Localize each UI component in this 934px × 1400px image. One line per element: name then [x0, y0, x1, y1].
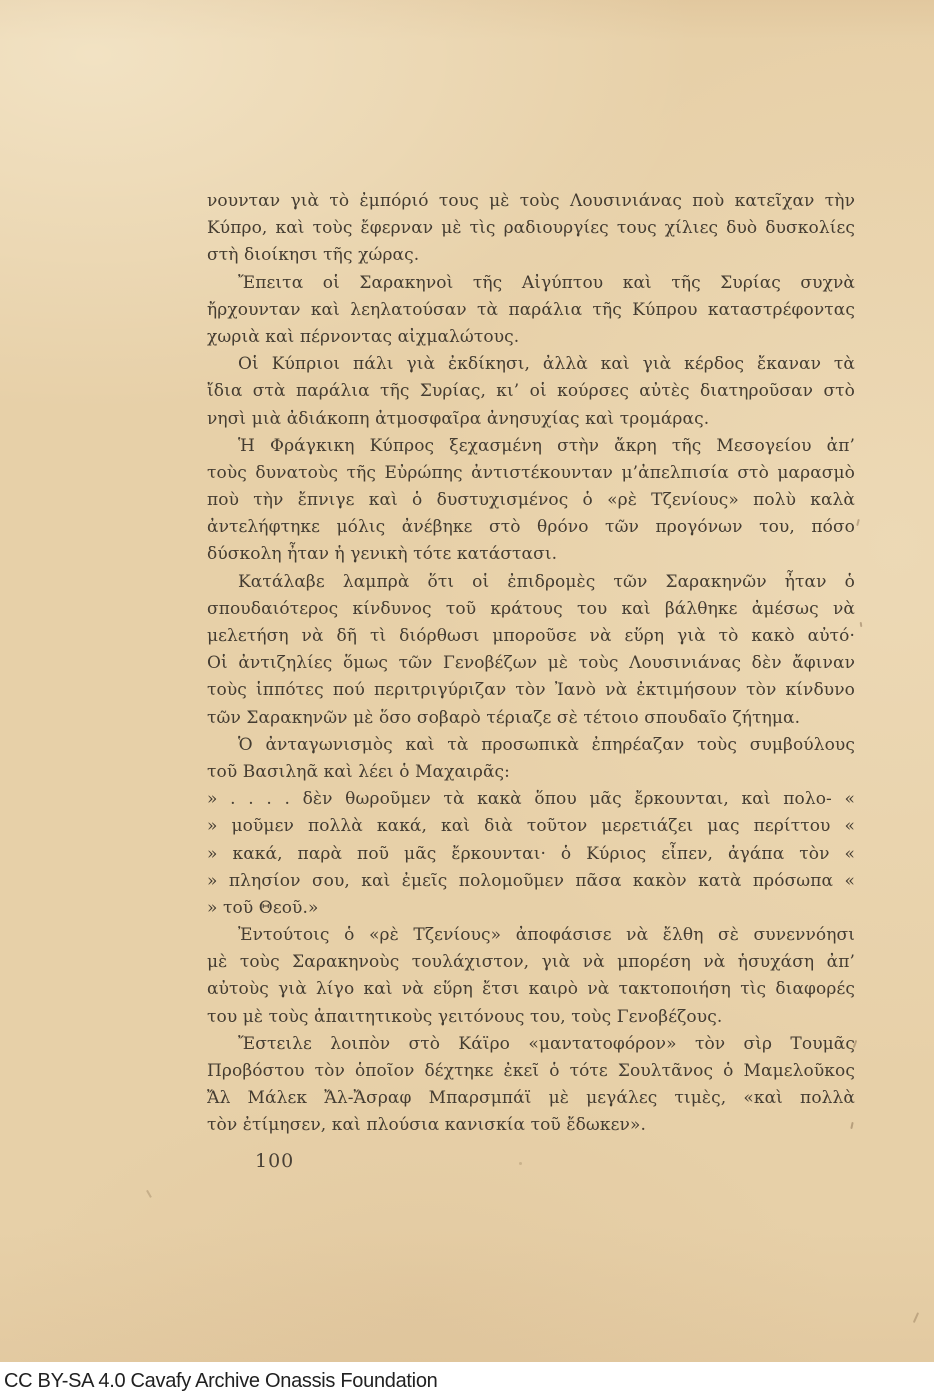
text-line: χωριὰ καὶ πέρνοντας αἰχμαλώτους. — [207, 324, 855, 351]
text-line: δύσκολη ἦταν ἡ γενικὴ τότε κατάστασι. — [207, 541, 855, 568]
text-line: Ἔστειλε λοιπὸν στὸ Κάϊρο «μαντατοφόρον» … — [207, 1031, 855, 1058]
license-bar: CC BY-SA 4.0 Cavafy Archive Onassis Foun… — [0, 1362, 934, 1400]
text-line: Προβόστου τὸν ὁποῖον δέχτηκε ἐκεῖ ὁ τότε… — [207, 1058, 855, 1085]
text-line: Οἱ ἀντιζηλίες ὅμως τῶν Γενοβέζων μὲ τοὺς… — [207, 650, 855, 677]
text-line: ἀντελήφτηκε μόλις ἀνέβηκε στὸ θρόνο τῶν … — [207, 514, 855, 541]
text-line: αὐτοὺς γιὰ λίγο καὶ νὰ εὕρη ἔτσι καιρὸ ν… — [207, 976, 855, 1003]
scan-speck — [519, 1162, 522, 1165]
text-line: σπουδαιότερος κίνδυνος τοῦ κράτους του κ… — [207, 596, 855, 623]
text-line: τὸν ἐτίμησεν, καὶ πλούσια κανισκία τοῦ ἔ… — [207, 1112, 855, 1139]
text-line: ἤρχουνταν καὶ λεηλατούσαν τὰ παράλια τῆς… — [207, 297, 855, 324]
scan-speck — [913, 1312, 919, 1323]
text-line: του μὲ τοὺς ἀπαιτητικοὺς γειτόνους του, … — [207, 1004, 855, 1031]
text-line: τοῦ Βασιληᾶ καὶ λέει ὁ Μαχαιρᾶς: — [207, 759, 855, 786]
text-line: τοὺς δυνατοὺς τῆς Εὐρώπης ἀντιστέκουνταν… — [207, 460, 855, 487]
scan-speck — [146, 1190, 151, 1198]
text-line: Ἐντούτοις ὁ «ρὲ Τζενίους» ἀποφάσισε νὰ ἔ… — [207, 922, 855, 949]
text-line: Ἔπειτα οἱ Σαρακηνοὶ τῆς Αἰγύπτου καὶ τῆς… — [207, 270, 855, 297]
quote-line: » πλησίον σου, καὶ ἐμεῖς πολομοῦμεν πᾶσα… — [207, 868, 855, 895]
text-line: μελετήση νὰ δῆ τὶ διόρθωσι μποροῦσε νὰ ε… — [207, 623, 855, 650]
book-page: νουνταν γιὰ τὸ ἐμπόριό τους μὲ τοὺς Λουσ… — [0, 0, 934, 1362]
text-line: στὴ διοίκησι τῆς χώρας. — [207, 242, 855, 269]
quote-line: » τοῦ Θεοῦ.» — [207, 895, 855, 922]
scan-speck — [856, 519, 860, 526]
quote-line: » κακά, παρὰ ποῦ μᾶς ἔρκουνται· ὁ Κύριος… — [207, 841, 855, 868]
quote-line: » μοῦμεν πολλὰ κακά, καὶ διὰ τοῦτον μερε… — [207, 813, 855, 840]
text-line: Κύπρο, καὶ τοὺς ἔφερναν μὲ τὶς ραδιουργί… — [207, 215, 855, 242]
page-number: 100 — [255, 1150, 294, 1172]
text-line: τοὺς ἱππότες πού περιτριγύριζαν τὸν Ἰανὸ… — [207, 677, 855, 704]
scan-speck — [860, 622, 863, 627]
text-line: Οἱ Κύπριοι πάλι γιὰ ἐκδίκησι, ἀλλὰ καὶ γ… — [207, 351, 855, 378]
license-text: CC BY-SA 4.0 Cavafy Archive Onassis Foun… — [0, 1362, 934, 1400]
text-line: Ὁ ἀνταγωνισμὸς καὶ τὰ προσωπικὰ ἐπηρέαζα… — [207, 732, 855, 759]
text-line: Κατάλαβε λαμπρὰ ὅτι οἱ ἐπιδρομὲς τῶν Σαρ… — [207, 569, 855, 596]
text-line: τῶν Σαρακηνῶν μὲ ὅσο σοβαρὸ τέριαζε σὲ τ… — [207, 705, 855, 732]
quote-line: » . . . . δὲν θωροῦμεν τὰ κακὰ ὅπου μᾶς … — [207, 786, 855, 813]
text-line: μὲ τοὺς Σαρακηνοὺς τουλάχιστον, γιὰ νὰ μ… — [207, 949, 855, 976]
text-line: ἴδια στὰ παράλια τῆς Συρίας, κι’ οἱ κούρ… — [207, 378, 855, 405]
text-line: νησὶ μιὰ ἀδιάκοπη ἀτμοσφαῖρα ἀνησυχίας κ… — [207, 406, 855, 433]
text-line: Ἄλ Μάλεκ Ἄλ-Ἄσραφ Μπαρσμπάϊ μὲ μεγάλες τ… — [207, 1085, 855, 1112]
page-text: νουνταν γιὰ τὸ ἐμπόριό τους μὲ τοὺς Λουσ… — [207, 188, 855, 1140]
text-line: ποὺ τὴν ἔπνιγε καὶ ὁ δυστυχισμένος ὁ «ρὲ… — [207, 487, 855, 514]
text-line: Ἡ Φράγκικη Κύπρος ξεχασμένη στὴν ἄκρη τῆ… — [207, 433, 855, 460]
text-line: νουνταν γιὰ τὸ ἐμπόριό τους μὲ τοὺς Λουσ… — [207, 188, 855, 215]
